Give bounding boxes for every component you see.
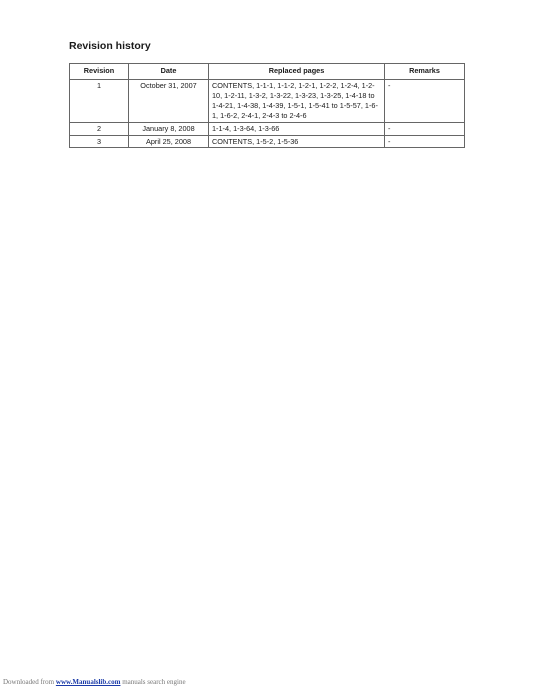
cell-date: April 25, 2008 — [129, 135, 209, 148]
cell-remarks: - — [385, 122, 465, 135]
cell-date: October 31, 2007 — [129, 80, 209, 123]
cell-revision: 1 — [70, 80, 129, 123]
table-row: 2 January 8, 2008 1-1-4, 1-3-64, 1-3-66 … — [70, 122, 465, 135]
header-replaced-pages: Replaced pages — [209, 64, 385, 80]
footer-suffix: manuals search engine — [122, 678, 185, 686]
page-title: Revision history — [69, 40, 151, 52]
revision-history-table: Revision Date Replaced pages Remarks 1 O… — [69, 63, 465, 148]
cell-replaced-pages: 1-1-4, 1-3-64, 1-3-66 — [209, 122, 385, 135]
manualslib-link[interactable]: www.Manualslib.com — [56, 678, 121, 686]
cell-date: January 8, 2008 — [129, 122, 209, 135]
header-date: Date — [129, 64, 209, 80]
footer-prefix: Downloaded from — [3, 678, 54, 686]
table-row: 3 April 25, 2008 CONTENTS, 1-5-2, 1-5-36… — [70, 135, 465, 148]
table-row: 1 October 31, 2007 CONTENTS, 1-1-1, 1-1-… — [70, 80, 465, 123]
cell-remarks: - — [385, 135, 465, 148]
cell-replaced-pages: CONTENTS, 1-1-1, 1-1-2, 1-2-1, 1-2-2, 1-… — [209, 80, 385, 123]
cell-replaced-pages: CONTENTS, 1-5-2, 1-5-36 — [209, 135, 385, 148]
header-revision: Revision — [70, 64, 129, 80]
cell-revision: 2 — [70, 122, 129, 135]
header-remarks: Remarks — [385, 64, 465, 80]
cell-remarks: - — [385, 80, 465, 123]
table-header-row: Revision Date Replaced pages Remarks — [70, 64, 465, 80]
cell-revision: 3 — [70, 135, 129, 148]
footer-attribution: Downloaded from www.Manualslib.com manua… — [3, 678, 186, 686]
